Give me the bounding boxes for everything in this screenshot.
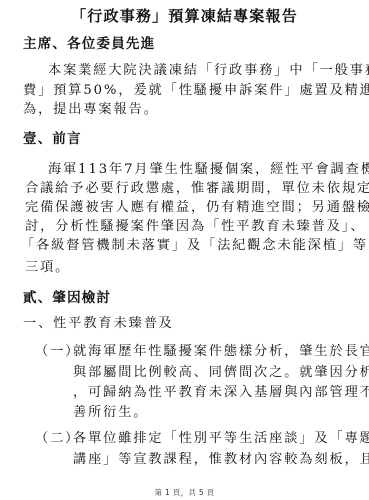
document-page: 「行政事務」預算凍結專案報告 主席、各位委員先進 本案業經大院決議凍結「行政事務… <box>0 0 369 500</box>
item-1-line-3: ，可歸納為性平教育未深入基層與內部管理不 <box>73 384 369 402</box>
item-1-line-4: 善所衍生。 <box>73 404 148 422</box>
item-1-line-1: 就海軍歷年性騷擾案件態樣分析，肇生於長官 <box>73 343 369 361</box>
section-1-line-3: 完備保護被害人應有權益，仍有精進空間；另通盤檢 <box>25 199 369 217</box>
document-title: 「行政事務」預算凍結專案報告 <box>0 7 369 25</box>
salutation: 主席、各位委員先進 <box>23 35 155 53</box>
section-2-subheading: 一、性平教育未臻普及 <box>23 315 174 333</box>
intro-line-2: 費」預算50%，爰就「性騷擾申訴案件」處置及精進作 <box>23 82 369 100</box>
section-1-line-5: 「各級督管機制未落實」及「法紀觀念未能深植」等 <box>21 237 368 255</box>
intro-line-3: 為，提出專案報告。 <box>23 101 159 119</box>
item-2-line-2: 講座」等宣教課程，惟教材內容較為刻板，且 <box>73 451 369 469</box>
item-2-line-1: 各單位雖排定「性別平等生活座談」及「專題 <box>73 430 369 448</box>
section-1-line-1: 海軍113年7月肇生性騷擾個案，經性平會調查機制 <box>48 161 369 179</box>
page-number-footer: 第 1 頁，共 5 頁 <box>0 487 369 498</box>
section-1-heading: 壹、前言 <box>23 130 82 148</box>
section-1-line-4: 討，分析性騷擾案件肇因為「性平教育未臻普及」、 <box>25 218 365 236</box>
intro-line-1: 本案業經大院決議凍結「行政事務」中「一般事務 <box>48 62 369 80</box>
section-1-line-6: 三項。 <box>25 259 70 277</box>
section-2-heading: 貳、肇因檢討 <box>23 289 111 307</box>
item-1-line-2: 與部屬間比例較高、同儕間次之。就肇因分析 <box>73 364 369 382</box>
section-1-line-2: 合議給予必要行政懲處，惟審議期間，單位未依規定 <box>25 180 369 198</box>
